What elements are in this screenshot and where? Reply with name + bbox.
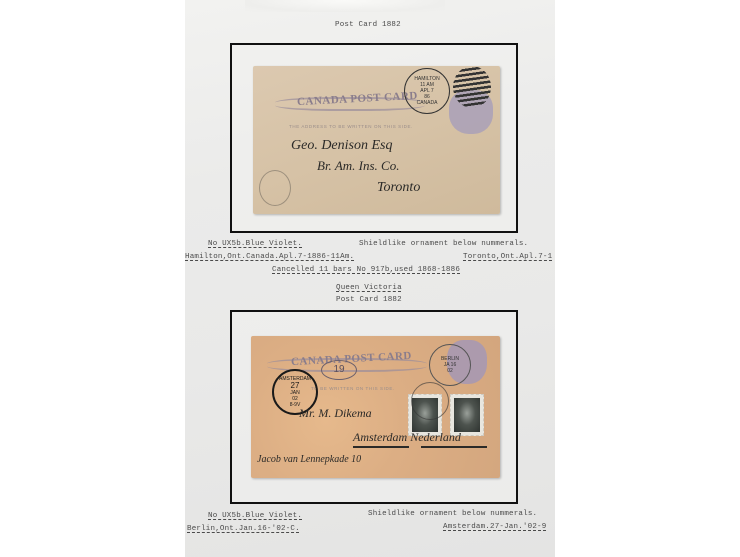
page-title: Post Card 1882 <box>335 21 401 29</box>
card2-address-line-3: Jacob van Lennepkade 10 <box>257 454 361 465</box>
section2-title: Post Card 1882 <box>336 296 402 304</box>
card1-caption-cancel: Cancelled 11 bars No 917b,used 1868-1886 <box>272 266 460 274</box>
card2-printed-note: TO BE WRITTEN ON THIS SIDE. <box>311 386 395 391</box>
card1-address-line-2: Br. Am. Ins. Co. <box>317 158 399 174</box>
card2-address-line-2: Amsterdam Nederland <box>353 430 461 445</box>
card1-caption-origin: Hamilton,Ont.Canada.Apl.7-1886-11Am. <box>185 253 354 261</box>
card2-caption-ornament: Shieldlike ornament below nummerals. <box>368 510 537 518</box>
card1-postcard: CANADA POST CARD THE ADDRESS TO BE WRITT… <box>253 66 500 214</box>
card1-receiving-postmark <box>259 170 291 206</box>
card2-caption-destination: Amsterdam.27-Jan.'02-9 <box>443 523 546 531</box>
card2-stamp-cancel <box>411 382 449 420</box>
card2-numeral-mark: 19 <box>321 360 357 380</box>
card2-postcard: CANADA POST CARD TO BE WRITTEN ON THIS S… <box>251 336 500 478</box>
card1-postmark-hamilton: HAMILTON 11 AM APL 7 86 CANADA <box>404 68 450 114</box>
card1-barred-cancel <box>453 66 491 108</box>
card2-caption-origin: Berlin,Ont.Jan.16-'02-C. <box>187 525 300 533</box>
card1-caption-catalog: No UX5b.Blue Violet. <box>208 240 302 248</box>
card1-printed-note: THE ADDRESS TO BE WRITTEN ON THIS SIDE. <box>289 124 413 129</box>
card1-caption-ornament: Shieldlike ornament below nummerals. <box>359 240 528 248</box>
card2-underline-2 <box>421 446 487 448</box>
card1-address-line-3: Toronto <box>377 180 420 196</box>
card1-caption-destination: Toronto,Ont.Apl.7-1 <box>463 253 552 261</box>
card2-postmark-berlin: BERLIN JA 16 02 <box>429 344 471 386</box>
card2-caption-catalog: No UX5b.Blue Violet. <box>208 512 302 520</box>
card2-underline-1 <box>353 446 409 448</box>
card1-address-line-1: Geo. Denison Esq <box>291 138 393 154</box>
card2-address-line-1: Mr. M. Dikema <box>299 406 372 421</box>
album-page: Post Card 1882 CANADA POST CARD THE ADDR… <box>185 0 555 557</box>
section2-heading: Queen Victoria <box>336 284 402 292</box>
tape-residue <box>245 0 445 12</box>
